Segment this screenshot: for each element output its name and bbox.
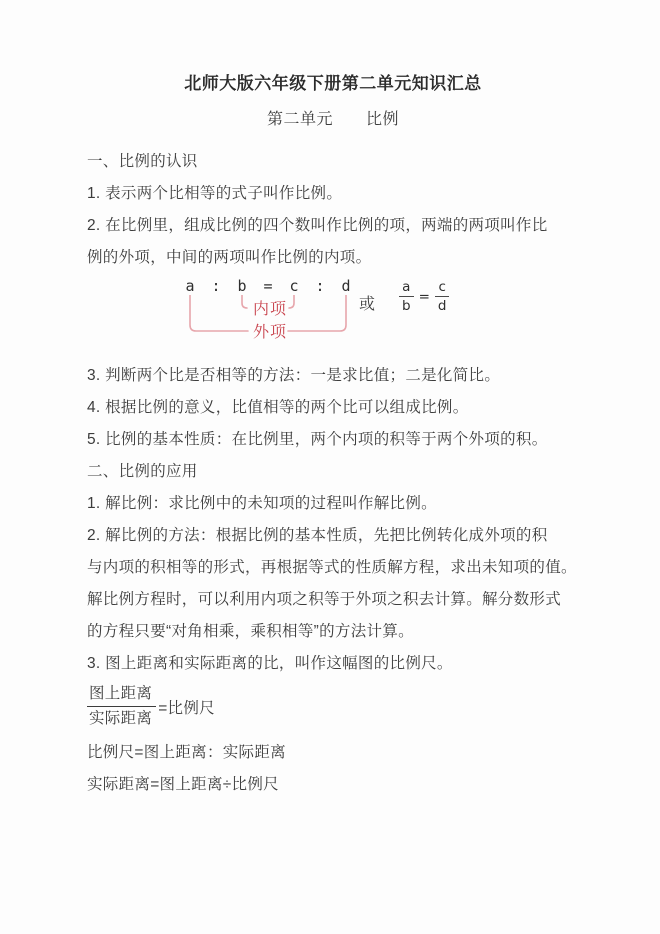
section1-point5: 5. 比例的基本性质：在比例里，两个内项的积等于两个外项的积。 xyxy=(87,424,579,456)
or-text: 或 xyxy=(359,291,375,314)
proportion-diagram: a : b = c : d 内项 外项 或 a xyxy=(87,278,579,352)
ratio-letter-b: b xyxy=(229,278,255,295)
scale-fraction-rhs: =比例尺 xyxy=(158,696,215,718)
document-title: 北师大版六年级下册第二单元知识汇总 xyxy=(87,74,579,94)
outer-bracket-right xyxy=(288,295,346,331)
outer-bracket-left xyxy=(190,295,248,331)
section2-point2-line4: 的方程只要“对角相乘，乘积相等”的方法计算。 xyxy=(87,616,579,648)
ratio-colon-1: : xyxy=(203,278,229,295)
scale-formula-2: 实际距离=图上距离÷比例尺 xyxy=(87,769,579,801)
inner-terms-label: 内项 xyxy=(250,301,290,319)
ratio-letter-c: c xyxy=(281,278,307,295)
section1-point4: 4. 根据比例的意义，比值相等的两个比可以组成比例。 xyxy=(87,392,579,424)
scale-fraction: 图上距离 实际距离 xyxy=(87,684,156,729)
ratio-colon-2: : xyxy=(307,278,333,295)
section1-point2-line1: 2. 在比例里，组成比例的四个数叫作比例的项，两端的两项叫作比 xyxy=(87,210,579,242)
ratio-expression: a : b = c : d xyxy=(177,278,359,295)
document-page: 北师大版六年级下册第二单元知识汇总 第二单元 比例 一、比例的认识 1. 表示两… xyxy=(0,0,660,934)
scale-fraction-formula: 图上距离 实际距离 =比例尺 xyxy=(87,684,579,729)
section2-point2-line3: 解比例方程时，可以利用内项之积等于外项之积去计算。解分数形式 xyxy=(87,584,579,616)
section2-point2-line2: 与内项的积相等的形式，再根据等式的性质解方程，求出未知项的值。 xyxy=(87,552,579,584)
fraction-left-denominator: b xyxy=(399,296,414,314)
section1-point2-line2: 例的外项，中间的两项叫作比例的内项。 xyxy=(87,242,579,274)
section1-point1: 1. 表示两个比相等的式子叫作比例。 xyxy=(87,178,579,210)
document-content: 北师大版六年级下册第二单元知识汇总 第二单元 比例 一、比例的认识 1. 表示两… xyxy=(87,74,579,801)
ratio-equals: = xyxy=(255,278,281,295)
ratio-letter-a: a xyxy=(177,278,203,295)
section2-point1: 1. 解比例：求比例中的未知项的过程叫作解比例。 xyxy=(87,488,579,520)
section1-point3: 3. 判断两个比是否相等的方法：一是求比值；二是化简比。 xyxy=(87,360,579,392)
section2-heading: 二、比例的应用 xyxy=(87,456,579,488)
outer-terms-label: 外项 xyxy=(250,324,290,342)
section2-point3: 3. 图上距离和实际距离的比，叫作这幅图的比例尺。 xyxy=(87,648,579,680)
fraction-equals: = xyxy=(419,289,430,305)
fraction-expression: a b = c d xyxy=(399,279,449,314)
scale-fraction-numerator: 图上距离 xyxy=(87,684,156,706)
fraction-left: a b xyxy=(399,279,414,314)
inner-bracket-left xyxy=(242,295,247,308)
document-subtitle: 第二单元 比例 xyxy=(87,110,579,130)
scale-formula-1: 比例尺=图上距离：实际距离 xyxy=(87,737,579,769)
scale-fraction-denominator: 实际距离 xyxy=(87,706,156,729)
ratio-letter-d: d xyxy=(333,278,359,295)
fraction-right-numerator: c xyxy=(435,279,448,296)
fraction-right: c d xyxy=(435,279,450,314)
fraction-left-numerator: a xyxy=(399,279,413,296)
section2-point2-line1: 2. 解比例的方法：根据比例的基本性质，先把比例转化成外项的积 xyxy=(87,520,579,552)
section1-heading: 一、比例的认识 xyxy=(87,146,579,178)
fraction-right-denominator: d xyxy=(435,296,450,314)
